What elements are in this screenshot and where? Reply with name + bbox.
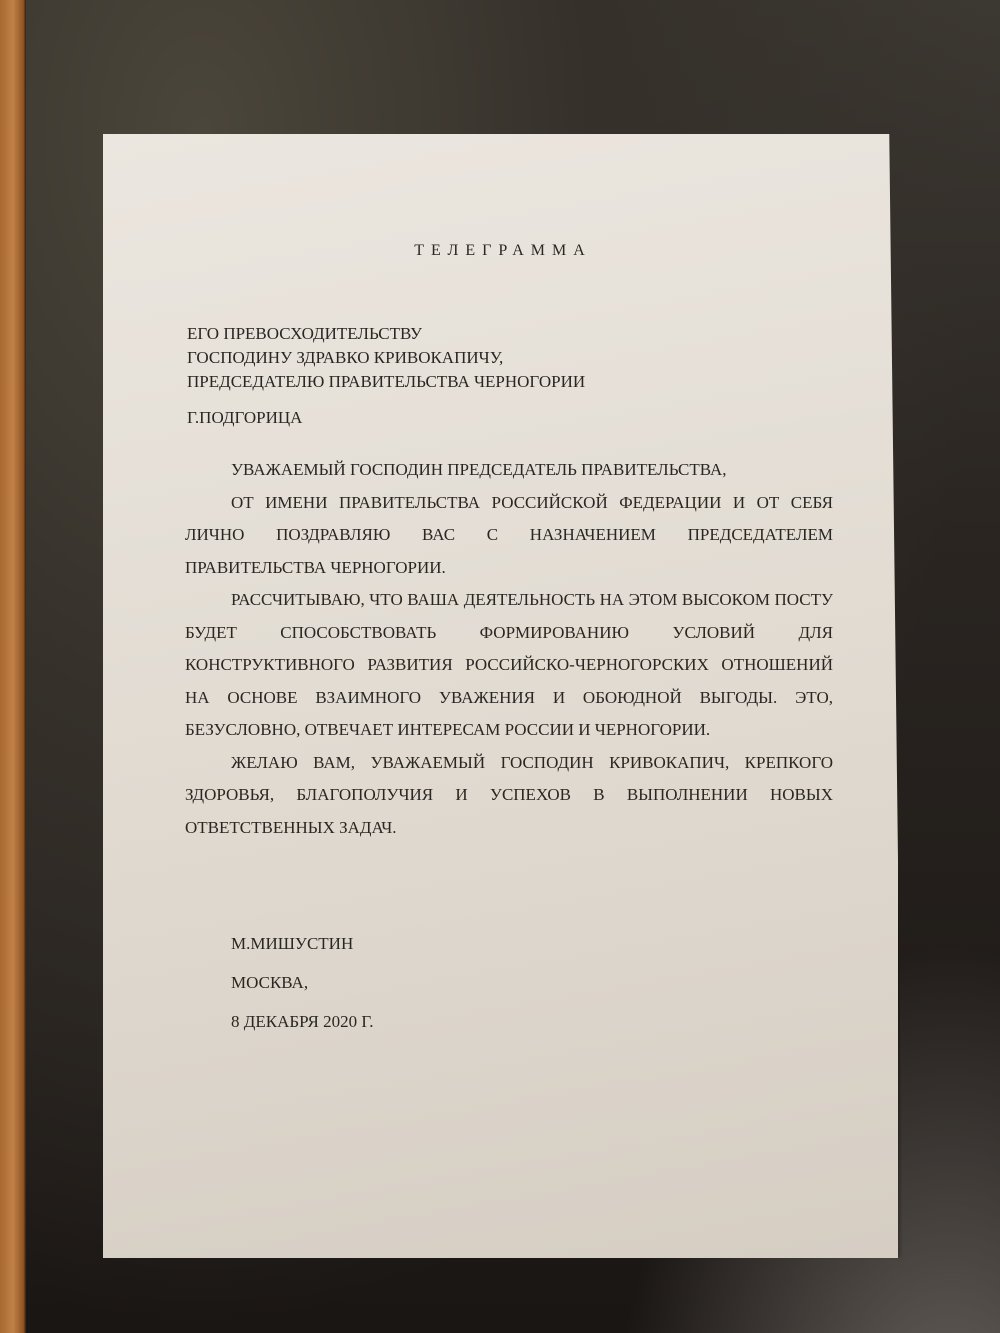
wooden-desk-edge: [0, 0, 26, 1333]
address-line: ГОСПОДИНУ ЗДРАВКО КРИВОКАПИЧУ,: [187, 346, 585, 370]
letter-body: УВАЖАЕМЫЙ ГОСПОДИН ПРЕДСЕДАТЕЛЬ ПРАВИТЕЛ…: [185, 454, 833, 844]
body-paragraph: ЖЕЛАЮ ВАМ, УВАЖАЕМЫЙ ГОСПОДИН КРИВОКАПИЧ…: [185, 747, 833, 845]
signature-block: М.МИШУСТИН МОСКВА, 8 ДЕКАБРЯ 2020 Г.: [231, 924, 374, 1041]
signature-place: МОСКВА,: [231, 963, 374, 1002]
body-paragraph: ОТ ИМЕНИ ПРАВИТЕЛЬСТВА РОССИЙСКОЙ ФЕДЕРА…: [185, 487, 833, 585]
address-line: ПРЕДСЕДАТЕЛЮ ПРАВИТЕЛЬСТВА ЧЕРНОГОРИИ: [187, 370, 585, 394]
recipient-address: ЕГО ПРЕВОСХОДИТЕЛЬСТВУ ГОСПОДИНУ ЗДРАВКО…: [187, 322, 585, 394]
document-title: ТЕЛЕГРАММА: [103, 242, 903, 260]
signature-date: 8 ДЕКАБРЯ 2020 Г.: [231, 1002, 374, 1041]
recipient-city: Г.ПОДГОРИЦА: [187, 408, 302, 428]
telegram-document: ТЕЛЕГРАММА ЕГО ПРЕВОСХОДИТЕЛЬСТВУ ГОСПОД…: [103, 134, 903, 1258]
body-paragraph: РАССЧИТЫВАЮ, ЧТО ВАША ДЕЯТЕЛЬНОСТЬ НА ЭТ…: [185, 584, 833, 747]
address-line: ЕГО ПРЕВОСХОДИТЕЛЬСТВУ: [187, 322, 585, 346]
signatory-name: М.МИШУСТИН: [231, 924, 374, 963]
salutation: УВАЖАЕМЫЙ ГОСПОДИН ПРЕДСЕДАТЕЛЬ ПРАВИТЕЛ…: [185, 454, 833, 487]
